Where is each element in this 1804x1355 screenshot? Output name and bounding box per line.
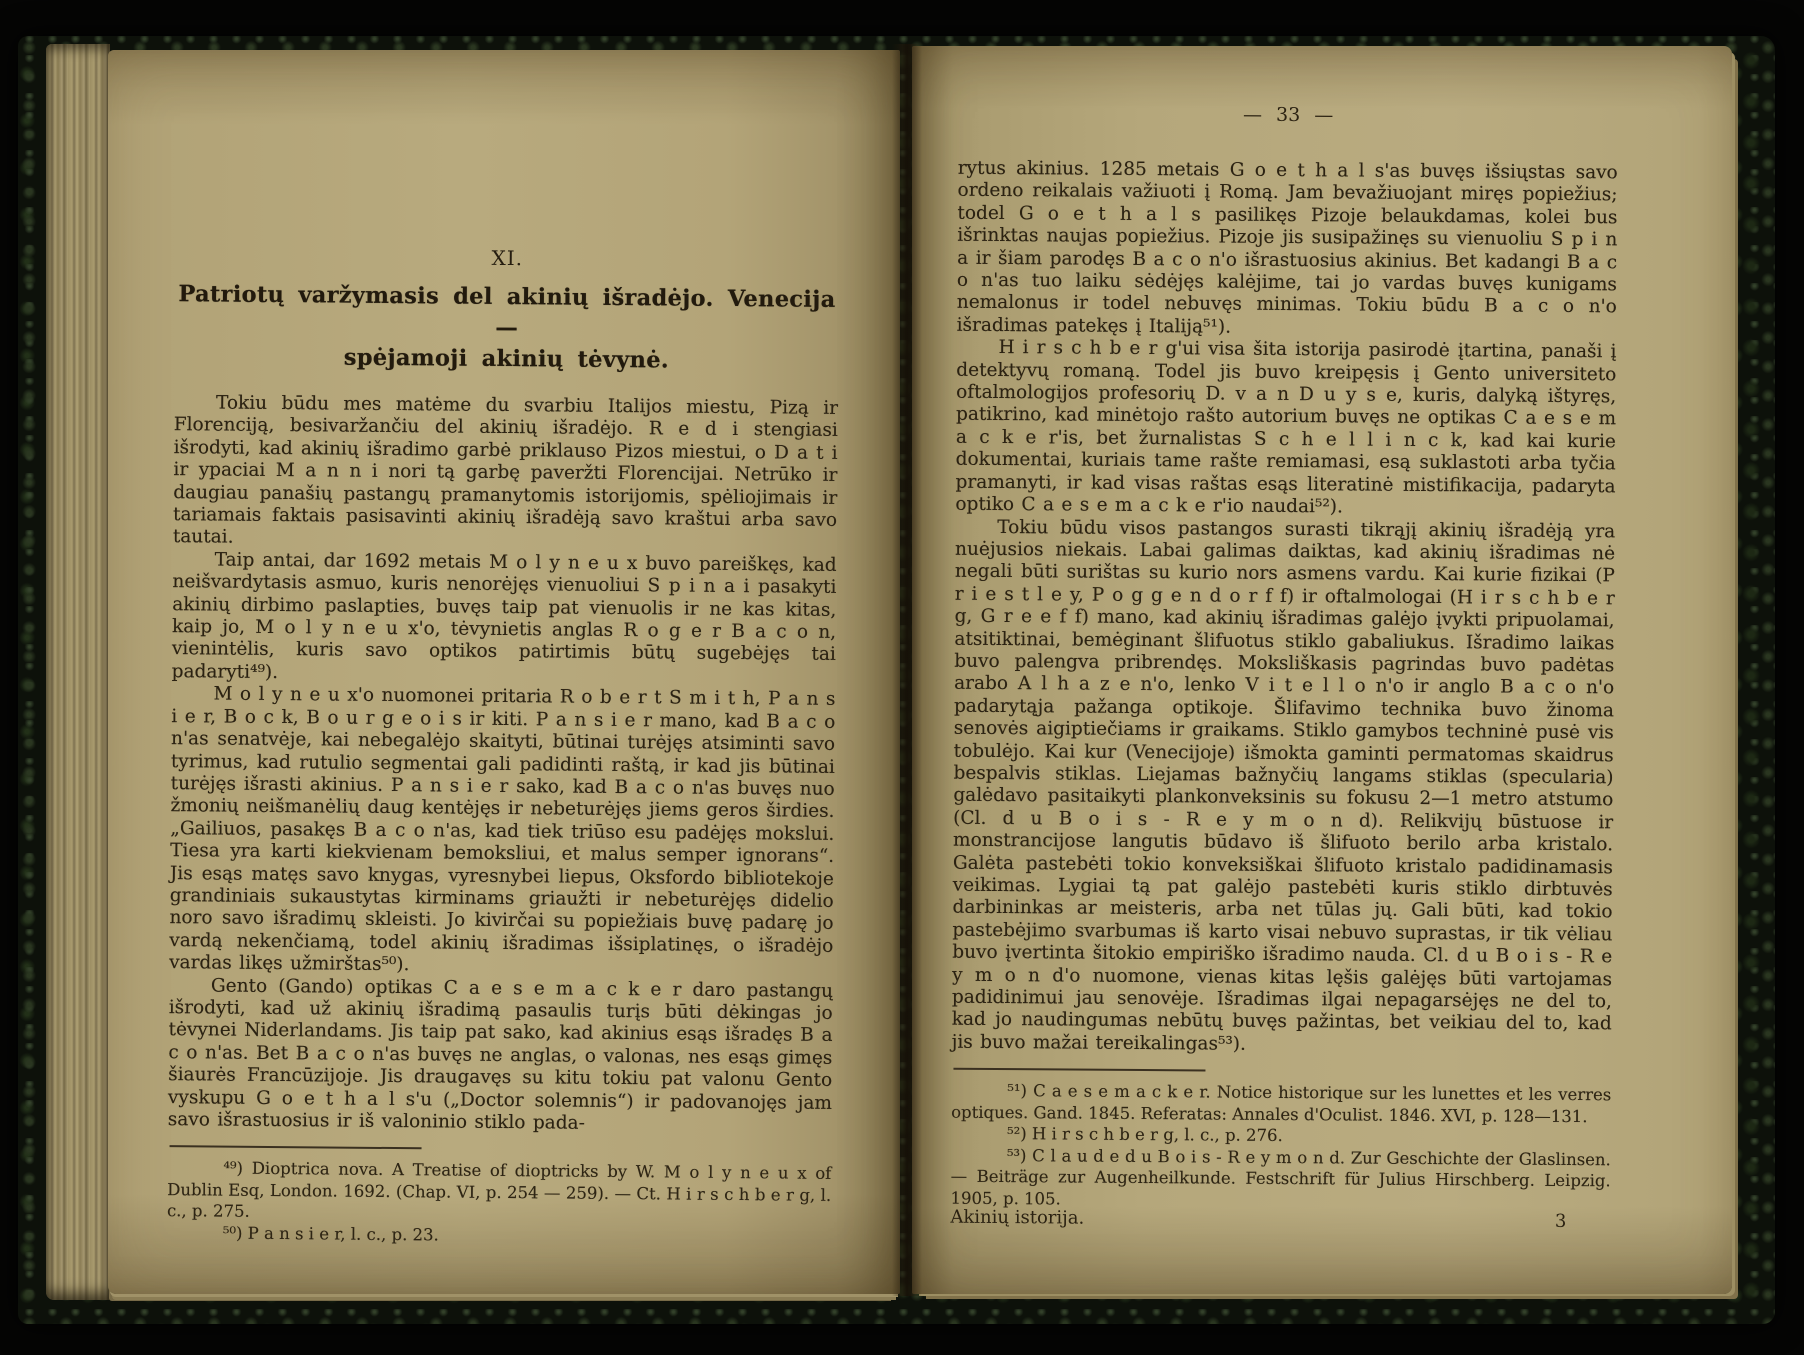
paragraph: Taip antai, dar 1692 metais M o l y n e …	[172, 549, 837, 689]
footer-title: Akinių istorija.	[950, 1207, 1084, 1229]
chapter-heading: Patriotų varžymasis del akinių išradėjo.…	[174, 279, 839, 378]
paragraph: Gento (Gando) optikas C a e s e m a c k …	[168, 975, 833, 1138]
right-page-text-column: — 33 — rytus akinius. 1285 metais G o e …	[950, 44, 1619, 1297]
paragraph: H i r s c h b e r g'ui visa šita istorij…	[955, 337, 1616, 521]
page-number: — 33 —	[958, 102, 1618, 129]
footnote: ⁵⁰) P a n s i e r, l. c., p. 23.	[167, 1222, 831, 1249]
paragraph: M o l y n e u x'o nuomonei pritaria R o …	[169, 683, 836, 980]
left-page: XI. Patriotų varžymasis del akinių išrad…	[108, 50, 900, 1294]
section-number: XI.	[175, 243, 839, 273]
footnote: ⁵³) C l a u d e d u B o i s - R e y m o …	[950, 1144, 1610, 1213]
gutter-shadow	[892, 44, 922, 1296]
footnote-rule	[170, 1145, 422, 1149]
footnote: ⁵¹) C a e s e m a c k e r. Notice histor…	[951, 1080, 1611, 1128]
left-page-text-column: XI. Patriotų varžymasis del akinių išrad…	[167, 47, 841, 1249]
paragraph: Tokiu būdu mes matėme du svarbiu Italijo…	[173, 392, 838, 555]
chapter-heading-line-2: spėjamoji akinių tėvynė.	[174, 341, 838, 378]
footnote: ⁴⁹) Dioptrica nova. A Treatise of dioptr…	[167, 1157, 832, 1227]
paragraph: rytus akinius. 1285 metais G o e t h a l…	[957, 158, 1618, 342]
chapter-heading-line-1: Patriotų varžymasis del akinių išradėjo.…	[175, 279, 840, 347]
right-page: — 33 — rytus akinius. 1285 metais G o e …	[912, 46, 1732, 1294]
footer-signature-number: 3	[1555, 1211, 1611, 1232]
footnote-rule	[953, 1068, 1205, 1072]
book-spread: XI. Patriotų varžymasis del akinių išrad…	[0, 0, 1804, 1355]
paragraph: Tokiu būdu visos pastangos surasti tikrą…	[952, 516, 1616, 1058]
running-footer: Akinių istorija. 3	[950, 1207, 1610, 1233]
stacked-page-edges	[46, 44, 110, 1300]
